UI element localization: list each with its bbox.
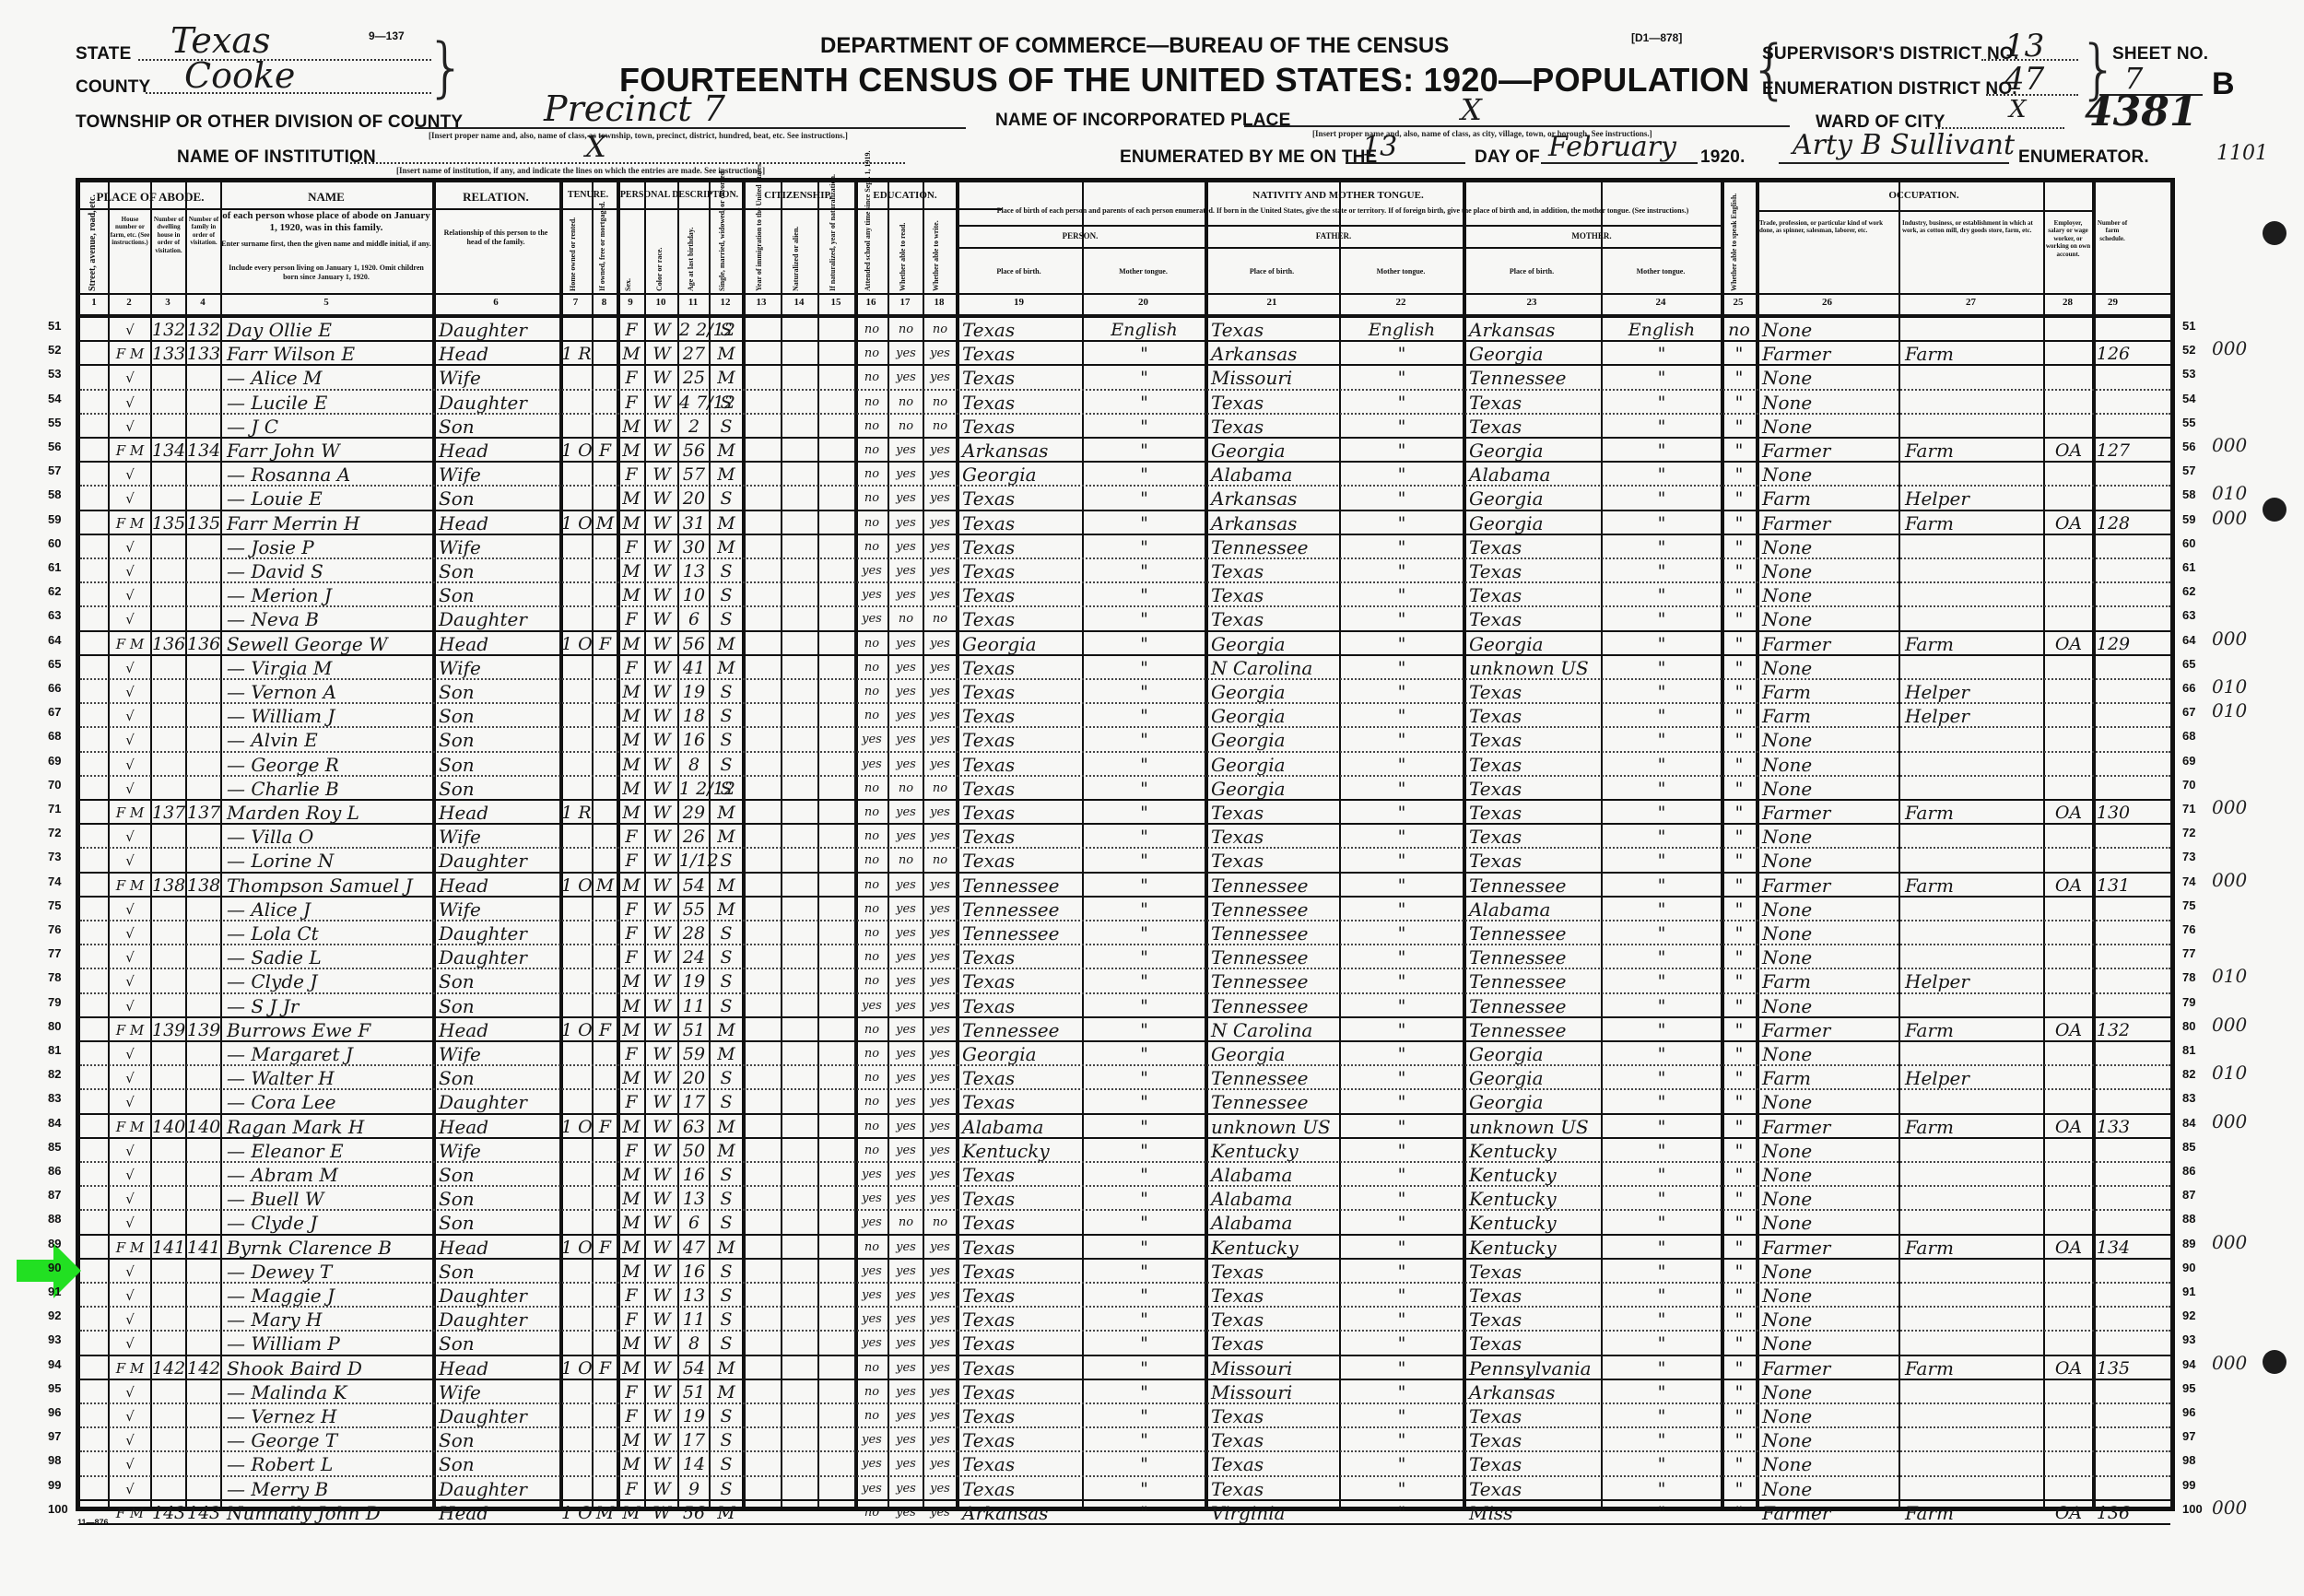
- cell-family: [187, 994, 220, 1016]
- cell-read: yes: [889, 583, 923, 605]
- cell-race: W: [646, 969, 677, 992]
- column-number: 13: [742, 297, 781, 313]
- cell-m-tongue: ": [1603, 1066, 1721, 1088]
- line-number-right: 99: [2182, 1478, 2195, 1492]
- cell-write: yes: [924, 704, 956, 726]
- cell-race: W: [646, 1308, 677, 1330]
- cell-farm: [2094, 777, 2133, 799]
- cell-age: 28: [679, 921, 709, 944]
- cell-trade: Farmer: [1759, 511, 1898, 534]
- cell-school: yes: [856, 1260, 888, 1282]
- column-number: 29: [2092, 297, 2134, 313]
- cell-family: [187, 728, 220, 750]
- cell-read: yes: [889, 680, 923, 702]
- cell-owned: [561, 1260, 592, 1282]
- cell-house: √: [110, 777, 150, 799]
- cell-marital: S: [711, 1404, 742, 1426]
- cell-sex: F: [618, 1284, 644, 1306]
- cell-f-birth: Arkansas: [1208, 511, 1339, 534]
- cell-trade: Farm: [1759, 1066, 1898, 1088]
- line-number-left: 57: [48, 464, 61, 477]
- line-number-right: 69: [2182, 754, 2195, 768]
- cell-industry: Farm: [1902, 1501, 2043, 1523]
- cell-relation: Wife: [436, 1139, 559, 1161]
- cell-relation: Son: [436, 1187, 559, 1209]
- cell-marital: M: [711, 439, 742, 461]
- cell-english: ": [1722, 1066, 1756, 1088]
- line-number-left: 62: [48, 584, 61, 598]
- punch-hole: [2263, 1350, 2286, 1374]
- cell-read: yes: [889, 1236, 923, 1258]
- cell-employer: [2045, 1042, 2092, 1064]
- relation-desc: Relationship of this person to the head …: [436, 229, 556, 246]
- cell-trade: None: [1759, 1042, 1898, 1064]
- cell-m-birth: Texas: [1466, 535, 1601, 557]
- cell-english: ": [1722, 342, 1756, 364]
- line-number-left: 68: [48, 729, 61, 743]
- cell-m-tongue: ": [1603, 945, 1721, 968]
- cell-f-birth: Georgia: [1208, 439, 1339, 461]
- cell-tongue: ": [1084, 704, 1205, 726]
- cell-employer: [2045, 1260, 2092, 1282]
- cell-f-birth: Alabama: [1208, 463, 1339, 485]
- table-row: F M136136Sewell George WHead1 OFMW56Mnoy…: [80, 632, 2170, 656]
- cell-employer: [2045, 1332, 2092, 1354]
- cell-trade: None: [1759, 656, 1898, 678]
- cell-owned: 1 O: [561, 1018, 592, 1040]
- cell-m-tongue: ": [1603, 801, 1721, 823]
- cell-trade: Farm: [1759, 680, 1898, 702]
- cell-dwelling: 140: [152, 1115, 185, 1137]
- cell-write: yes: [924, 632, 956, 654]
- cell-marital: S: [711, 1428, 742, 1450]
- cell-sex: M: [618, 680, 644, 702]
- cell-family: [187, 1332, 220, 1354]
- cell-race: W: [646, 1260, 677, 1282]
- col-12-label: Single, married, widowed, or divorced.: [718, 214, 726, 291]
- cell-name: — Josie P: [224, 535, 432, 557]
- cell-dwelling: [152, 849, 185, 871]
- cell-house: √: [110, 1332, 150, 1354]
- cell-f-tongue: ": [1341, 1090, 1463, 1112]
- cell-tongue: ": [1084, 559, 1205, 581]
- cell-family: [187, 1452, 220, 1474]
- line-number-left: 79: [48, 995, 61, 1009]
- cell-house: √: [110, 391, 150, 413]
- cell-read: yes: [889, 366, 923, 388]
- cell-house: F M: [110, 1018, 150, 1040]
- cell-f-tongue: ": [1341, 439, 1463, 461]
- supervisor-label: Supervisor's District No.: [1762, 44, 2018, 65]
- cell-industry: Helper: [1902, 969, 2043, 992]
- table-row: √— Rosanna AWifeFW57MnoyesyesGeorgia"Ala…: [80, 463, 2170, 487]
- cell-sex: F: [618, 898, 644, 920]
- table-row: √— Margaret JWifeFW59MnoyesyesGeorgia"Ge…: [80, 1042, 2170, 1066]
- cell-english: ": [1722, 945, 1756, 968]
- col-15-label: If naturalized, year of naturalization.: [829, 214, 837, 291]
- cell-age: 50: [679, 1139, 709, 1161]
- column-number: 3: [150, 297, 185, 313]
- cell-age: 9: [679, 1477, 709, 1499]
- cell-english: ": [1722, 1380, 1756, 1402]
- line-number-left: 92: [48, 1308, 61, 1322]
- cell-owned: [561, 583, 592, 605]
- line-number-left: 88: [48, 1212, 61, 1226]
- cell-tongue: ": [1084, 994, 1205, 1016]
- cell-free: [594, 1163, 617, 1185]
- cell-marital: S: [711, 1332, 742, 1354]
- margin-code: 010: [2212, 965, 2247, 987]
- cell-age: 54: [679, 874, 709, 896]
- cell-read: yes: [889, 632, 923, 654]
- cell-birth: Georgia: [959, 632, 1082, 654]
- cell-house: √: [110, 487, 150, 509]
- line-number-right: 94: [2182, 1357, 2195, 1371]
- cell-trade: Farmer: [1759, 1236, 1898, 1258]
- cell-school: yes: [856, 1308, 888, 1330]
- cell-family: [187, 1211, 220, 1233]
- cell-free: [594, 1380, 617, 1402]
- cell-f-birth: Missouri: [1208, 1380, 1339, 1402]
- cell-industry: [1902, 1284, 2043, 1306]
- nativity-note: Place of birth of each person and parent…: [983, 206, 1702, 216]
- cell-f-tongue: ": [1341, 704, 1463, 726]
- table-row: √— Clyde JSonMW6SyesnonoTexas"Alabama"Ke…: [80, 1211, 2170, 1235]
- cell-free: [594, 463, 617, 485]
- institution-note: [Insert name of institution, if any, and…: [396, 166, 765, 175]
- cell-m-birth: Tennessee: [1466, 1018, 1601, 1040]
- cell-m-birth: Georgia: [1466, 511, 1601, 534]
- column-number: 15: [817, 297, 854, 313]
- cell-farm: [2094, 1284, 2133, 1306]
- cell-family: [187, 849, 220, 871]
- cell-name: — Cora Lee: [224, 1090, 432, 1112]
- cell-name: — Maggie J: [224, 1284, 432, 1306]
- cell-marital: S: [711, 728, 742, 750]
- cell-relation: Son: [436, 994, 559, 1016]
- county-value: Cooke: [184, 55, 295, 96]
- cell-f-birth: Tennessee: [1208, 1090, 1339, 1112]
- cell-name: — Mary H: [224, 1308, 432, 1330]
- cell-free: [594, 704, 617, 726]
- cell-relation: Son: [436, 1332, 559, 1354]
- cell-age: 59: [679, 1042, 709, 1064]
- cell-dwelling: [152, 898, 185, 920]
- cell-school: no: [856, 391, 888, 413]
- cell-name: — J C: [224, 415, 432, 437]
- cell-age: 2 2/12: [679, 318, 709, 340]
- cell-trade: None: [1759, 898, 1898, 920]
- cell-age: 13: [679, 559, 709, 581]
- cell-house: √: [110, 1139, 150, 1161]
- cell-english: ": [1722, 1404, 1756, 1426]
- cell-dwelling: [152, 825, 185, 847]
- cell-free: [594, 921, 617, 944]
- cell-english: ": [1722, 656, 1756, 678]
- cell-sex: F: [618, 1380, 644, 1402]
- cell-owned: [561, 656, 592, 678]
- cell-owned: [561, 415, 592, 437]
- cell-write: yes: [924, 1042, 956, 1064]
- cell-sex: M: [618, 342, 644, 364]
- cell-marital: S: [711, 921, 742, 944]
- cell-sex: M: [618, 1187, 644, 1209]
- cell-relation: Son: [436, 487, 559, 509]
- cell-free: [594, 1090, 617, 1112]
- cell-employer: OA: [2045, 801, 2092, 823]
- cell-employer: [2045, 559, 2092, 581]
- cell-relation: Son: [436, 559, 559, 581]
- cell-age: 47: [679, 1236, 709, 1258]
- cell-name: — Buell W: [224, 1187, 432, 1209]
- cell-read: yes: [889, 753, 923, 775]
- cell-family: [187, 656, 220, 678]
- cell-read: no: [889, 849, 923, 871]
- cell-relation: Daughter: [436, 1404, 559, 1426]
- cell-birth: Texas: [959, 1308, 1082, 1330]
- cell-read: yes: [889, 559, 923, 581]
- cell-m-tongue: ": [1603, 704, 1721, 726]
- cell-race: W: [646, 1211, 677, 1233]
- cell-family: [187, 1042, 220, 1064]
- cell-family: [187, 1380, 220, 1402]
- cell-f-tongue: ": [1341, 559, 1463, 581]
- cell-sex: F: [618, 535, 644, 557]
- cell-trade: None: [1759, 559, 1898, 581]
- cell-f-tongue: ": [1341, 583, 1463, 605]
- column-number: 22: [1339, 297, 1463, 313]
- table-row: √— Walter HSonMW20SnoyesyesTexas"Tenness…: [80, 1066, 2170, 1090]
- col-16-label: Attended school any time since Sept. 1, …: [864, 214, 872, 291]
- cell-m-birth: Georgia: [1466, 1066, 1601, 1088]
- cell-sex: M: [618, 753, 644, 775]
- cell-employer: [2045, 391, 2092, 413]
- col-25-label: Whether able to speak English.: [1730, 192, 1738, 291]
- cell-english: ": [1722, 511, 1756, 534]
- cell-owned: [561, 1452, 592, 1474]
- cell-name: — Dewey T: [224, 1260, 432, 1282]
- cell-read: yes: [889, 1163, 923, 1185]
- cell-school: no: [856, 463, 888, 485]
- cell-name: — Vernez H: [224, 1404, 432, 1426]
- cell-read: yes: [889, 1187, 923, 1209]
- cell-write: yes: [924, 1187, 956, 1209]
- cell-race: W: [646, 1066, 677, 1088]
- cell-birth: Texas: [959, 680, 1082, 702]
- line-number-right: 92: [2182, 1308, 2195, 1322]
- table-row: F M142142Shook Baird DHead1 OFMW54Mnoyes…: [80, 1356, 2170, 1380]
- table-row: √— George TSonMW17SyesyesyesTexas"Texas"…: [80, 1428, 2170, 1452]
- cell-free: [594, 1452, 617, 1474]
- cell-age: 6: [679, 607, 709, 629]
- cell-m-tongue: ": [1603, 535, 1721, 557]
- cell-f-birth: Georgia: [1208, 704, 1339, 726]
- cell-trade: None: [1759, 1428, 1898, 1450]
- cell-m-birth: Miss: [1466, 1501, 1601, 1523]
- cell-f-tongue: ": [1341, 1452, 1463, 1474]
- cell-read: no: [889, 391, 923, 413]
- cell-english: no: [1722, 318, 1756, 340]
- cell-age: 2: [679, 415, 709, 437]
- cell-marital: M: [711, 898, 742, 920]
- cell-dwelling: 141: [152, 1236, 185, 1258]
- column-number: 17: [888, 297, 923, 313]
- cell-age: 26: [679, 825, 709, 847]
- cell-write: yes: [924, 463, 956, 485]
- cell-name: — Lola Ct: [224, 921, 432, 944]
- cell-write: yes: [924, 921, 956, 944]
- cell-employer: [2045, 1211, 2092, 1233]
- line-number-right: 51: [2182, 319, 2195, 333]
- table-row: √— George RSonMW8SyesyesyesTexas"Georgia…: [80, 753, 2170, 777]
- cell-sex: M: [618, 994, 644, 1016]
- cell-industry: Farm: [1902, 342, 2043, 364]
- incorporated-label: Name of incorporated place: [995, 111, 1290, 131]
- line-number-right: 70: [2182, 778, 2195, 792]
- cell-sex: F: [618, 391, 644, 413]
- cell-race: W: [646, 656, 677, 678]
- cell-free: [594, 1332, 617, 1354]
- cell-read: yes: [889, 874, 923, 896]
- line-number-right: 88: [2182, 1212, 2195, 1226]
- cell-school: no: [856, 1404, 888, 1426]
- cell-school: yes: [856, 994, 888, 1016]
- cell-age: 55: [679, 898, 709, 920]
- cell-tongue: ": [1084, 511, 1205, 534]
- cell-industry: Farm: [1902, 632, 2043, 654]
- cell-relation: Son: [436, 583, 559, 605]
- rule: [1756, 210, 2092, 212]
- cell-write: yes: [924, 1236, 956, 1258]
- cell-f-birth: Georgia: [1208, 680, 1339, 702]
- cell-tongue: ": [1084, 898, 1205, 920]
- line-number-right: 91: [2182, 1285, 2195, 1298]
- table-row: √— Charlie BSonMW1 2/12SnononoTexas"Geor…: [80, 777, 2170, 801]
- cell-marital: M: [711, 801, 742, 823]
- line-number-left: 89: [48, 1237, 61, 1250]
- cell-english: ": [1722, 898, 1756, 920]
- cell-english: ": [1722, 1042, 1756, 1064]
- cell-dwelling: [152, 994, 185, 1016]
- margin-code: 000: [2212, 1231, 2247, 1253]
- cell-f-birth: Kentucky: [1208, 1139, 1339, 1161]
- cell-name: — Margaret J: [224, 1042, 432, 1064]
- cell-name: Farr Merrin H: [224, 511, 432, 534]
- enumerated-day: 13: [1362, 131, 1397, 163]
- cell-f-tongue: ": [1341, 1332, 1463, 1354]
- cell-f-tongue: ": [1341, 1187, 1463, 1209]
- cell-employer: [2045, 342, 2092, 364]
- line-number-left: 55: [48, 416, 61, 429]
- cell-industry: [1902, 777, 2043, 799]
- cell-house: √: [110, 1308, 150, 1330]
- cell-school: yes: [856, 1477, 888, 1499]
- table-row: F M133133Farr Wilson EHead1 RMW27Mnoyesy…: [80, 342, 2170, 366]
- cell-f-tongue: ": [1341, 969, 1463, 992]
- cell-house: F M: [110, 511, 150, 534]
- cell-dwelling: [152, 1308, 185, 1330]
- cell-m-birth: Tennessee: [1466, 921, 1601, 944]
- cell-race: W: [646, 801, 677, 823]
- cell-family: [187, 1163, 220, 1185]
- cell-trade: None: [1759, 921, 1898, 944]
- cell-relation: Daughter: [436, 1284, 559, 1306]
- cell-free: [594, 825, 617, 847]
- cell-race: W: [646, 1428, 677, 1450]
- cell-name: — George R: [224, 753, 432, 775]
- cell-tongue: ": [1084, 391, 1205, 413]
- cell-industry: [1902, 463, 2043, 485]
- cell-industry: [1902, 1139, 2043, 1161]
- bottom-form-code: 11—876: [77, 1518, 109, 1527]
- cell-marital: M: [711, 1356, 742, 1379]
- cell-f-birth: Texas: [1208, 1332, 1339, 1354]
- cell-house: √: [110, 945, 150, 968]
- cell-read: yes: [889, 463, 923, 485]
- cell-industry: [1902, 1260, 2043, 1282]
- cell-read: yes: [889, 1284, 923, 1306]
- cell-m-tongue: ": [1603, 391, 1721, 413]
- cell-family: [187, 777, 220, 799]
- cell-dwelling: [152, 559, 185, 581]
- cell-industry: Helper: [1902, 487, 2043, 509]
- line-number-left: 93: [48, 1332, 61, 1346]
- cell-m-birth: Texas: [1466, 849, 1601, 871]
- cell-dwelling: [152, 753, 185, 775]
- cell-industry: [1902, 945, 2043, 968]
- cell-write: yes: [924, 753, 956, 775]
- cell-english: ": [1722, 994, 1756, 1016]
- cell-race: W: [646, 439, 677, 461]
- cell-sex: M: [618, 632, 644, 654]
- cell-birth: Texas: [959, 366, 1082, 388]
- cell-sex: M: [618, 969, 644, 992]
- cell-tongue: ": [1084, 1115, 1205, 1137]
- cell-employer: [2045, 583, 2092, 605]
- cell-trade: Farmer: [1759, 801, 1898, 823]
- cell-write: yes: [924, 1260, 956, 1282]
- cell-sex: M: [618, 1452, 644, 1474]
- cell-sex: M: [618, 1501, 644, 1523]
- cell-birth: Texas: [959, 318, 1082, 340]
- cell-age: 17: [679, 1090, 709, 1112]
- cell-free: [594, 535, 617, 557]
- cell-free: [594, 969, 617, 992]
- cell-f-tongue: ": [1341, 994, 1463, 1016]
- line-number-right: 66: [2182, 681, 2195, 695]
- cell-m-tongue: ": [1603, 1428, 1721, 1450]
- cell-farm: [2094, 1139, 2133, 1161]
- cell-marital: S: [711, 704, 742, 726]
- cell-employer: [2045, 535, 2092, 557]
- cell-farm: 129: [2094, 632, 2133, 654]
- cell-birth: Arkansas: [959, 439, 1082, 461]
- cell-employer: [2045, 994, 2092, 1016]
- margin-code: 000: [2212, 1014, 2247, 1036]
- cell-name: — William J: [224, 704, 432, 726]
- stamp-number: 4381: [2085, 88, 2197, 135]
- cell-english: ": [1722, 1356, 1756, 1379]
- cell-employer: OA: [2045, 1236, 2092, 1258]
- cell-marital: S: [711, 1284, 742, 1306]
- cell-birth: Georgia: [959, 1042, 1082, 1064]
- cell-name: — Merry B: [224, 1477, 432, 1499]
- cell-m-tongue: ": [1603, 849, 1721, 871]
- cell-house: √: [110, 656, 150, 678]
- cell-employer: [2045, 849, 2092, 871]
- line-number-left: 80: [48, 1019, 61, 1033]
- cell-trade: Farmer: [1759, 632, 1898, 654]
